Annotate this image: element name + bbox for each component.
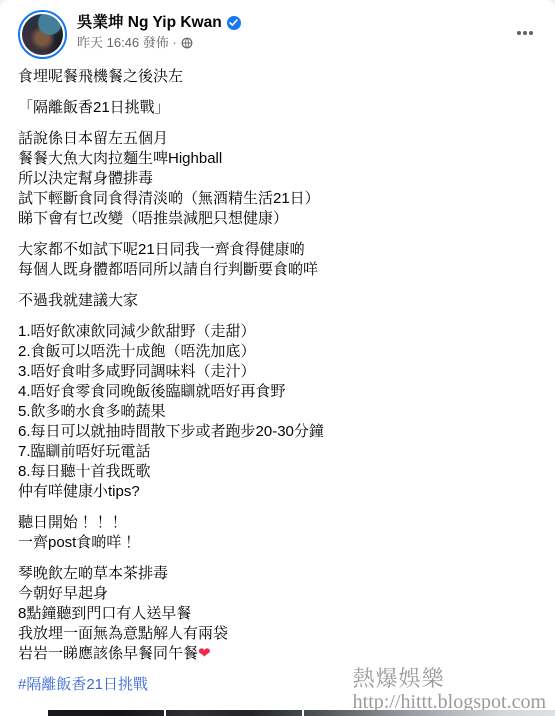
post-paragraph: 不過我就建議大家 [18, 291, 537, 311]
post-text-line: 我放埋一面無為意點解人有兩袋 [18, 624, 537, 644]
post-text-line: 聽日開始！！！ [18, 513, 537, 533]
post-text-line: 今朝好早起身 [18, 584, 537, 604]
post-text-line: 試下輕斷食同食得清淡啲（無酒精生活21日） [18, 189, 537, 209]
post-meta-row: 昨天 16:46 發佈 · [77, 35, 241, 51]
post-text-line: 琴晚飲左啲草本茶排毒 [18, 564, 537, 584]
post-text-line: 食埋呢餐飛機餐之後決左 [18, 67, 537, 87]
post-text-line: 2.食飯可以唔洗十成飽（唔洗加底） [18, 342, 537, 362]
photo-gap [164, 710, 166, 716]
post-text-line: 話說係日本留左五個月 [18, 129, 537, 149]
post-paragraph: 話說係日本留左五個月餐餐大魚大肉拉麵生啤Highball所以決定幫身體排毒試下輕… [18, 129, 537, 229]
post-text-line: 仲有咩健康小tips? [18, 482, 537, 502]
heart-emoji-icon: ❤ [198, 645, 211, 662]
post-paragraph: 聽日開始！！！一齊post食啲咩！ [18, 513, 537, 553]
hashtag-link[interactable]: #隔離飯香21日挑戰 [18, 676, 148, 693]
header-info: 吳業坤 Ng Yip Kwan 昨天 16:46 發佈 · [77, 10, 241, 51]
attached-photo-strip[interactable] [48, 710, 555, 716]
dot-icon [517, 31, 521, 35]
post-text-line: 不過我就建議大家 [18, 291, 537, 311]
post-paragraph: 琴晚飲左啲草本茶排毒今朝好早起身8點鐘聽到門口有人送早餐我放埋一面無為意點解人有… [18, 564, 537, 664]
post-text-line: 3.唔好食咁多咸野同調味料（走汁） [18, 362, 537, 382]
avatar-photo [22, 14, 63, 55]
avatar[interactable] [18, 10, 67, 59]
post-text-line: 大家都不如試下呢21日同我一齊食得健康啲 [18, 240, 537, 260]
post-text-line: 8點鐘聽到門口有人送早餐 [18, 604, 537, 624]
post-text-line: 每個人既身體都唔同所以請自行判斷要食啲咩 [18, 260, 537, 280]
post-text-line: 1.唔好飲凍飲同減少飲甜野（走甜） [18, 322, 537, 342]
post-text-line: 睇下會有乜改變（唔推祟減肥只想健康） [18, 209, 537, 229]
post-text-line: 8.每日聽十首我既歌 [18, 462, 537, 482]
dot-icon [529, 31, 533, 35]
post-paragraph: 食埋呢餐飛機餐之後決左 [18, 67, 537, 87]
privacy-globe-icon [181, 37, 193, 49]
post-header: 吳業坤 Ng Yip Kwan 昨天 16:46 發佈 · [0, 0, 555, 59]
facebook-post-card: 吳業坤 Ng Yip Kwan 昨天 16:46 發佈 · 食埋呢餐飛機餐之後決… [0, 0, 555, 716]
hashtag-row: #隔離飯香21日挑戰 [0, 675, 555, 695]
post-text-line: 一齊post食啲咩！ [18, 533, 537, 553]
dot-icon [523, 31, 527, 35]
post-text-line: 6.每日可以就抽時間散下步或者跑步20-30分鐘 [18, 422, 537, 442]
verified-badge-icon [227, 16, 241, 30]
post-text-line: 7.臨瞓前唔好玩電話 [18, 442, 537, 462]
post-text-line: 5.飲多啲水食多啲蔬果 [18, 402, 537, 422]
post-text-line: 餐餐大魚大肉拉麵生啤Highball [18, 149, 537, 169]
post-text-line: 「隔離飯香21日挑戰」 [18, 98, 537, 118]
post-text-line: 岩岩一睇應該係早餐同午餐❤ [18, 644, 537, 664]
author-name-row: 吳業坤 Ng Yip Kwan [77, 13, 241, 32]
post-text-line: 所以決定幫身體排毒 [18, 169, 537, 189]
post-paragraph: 1.唔好飲凍飲同減少飲甜野（走甜）2.食飯可以唔洗十成飽（唔洗加底）3.唔好食咁… [18, 322, 537, 502]
post-paragraph: 大家都不如試下呢21日同我一齊食得健康啲每個人既身體都唔同所以請自行判斷要食啲咩 [18, 240, 537, 280]
post-paragraph: 「隔離飯香21日挑戰」 [18, 98, 537, 118]
post-body: 食埋呢餐飛機餐之後決左「隔離飯香21日挑戰」話說係日本留左五個月餐餐大魚大肉拉麵… [0, 59, 555, 664]
author-name-link[interactable]: 吳業坤 Ng Yip Kwan [77, 13, 222, 32]
photo-gap [302, 710, 304, 716]
post-timestamp[interactable]: 昨天 16:46 發佈 · [77, 35, 177, 51]
post-text-line: 4.唔好食零食同晚飯後臨瞓就唔好再食野 [18, 382, 537, 402]
post-options-button[interactable] [509, 20, 541, 46]
